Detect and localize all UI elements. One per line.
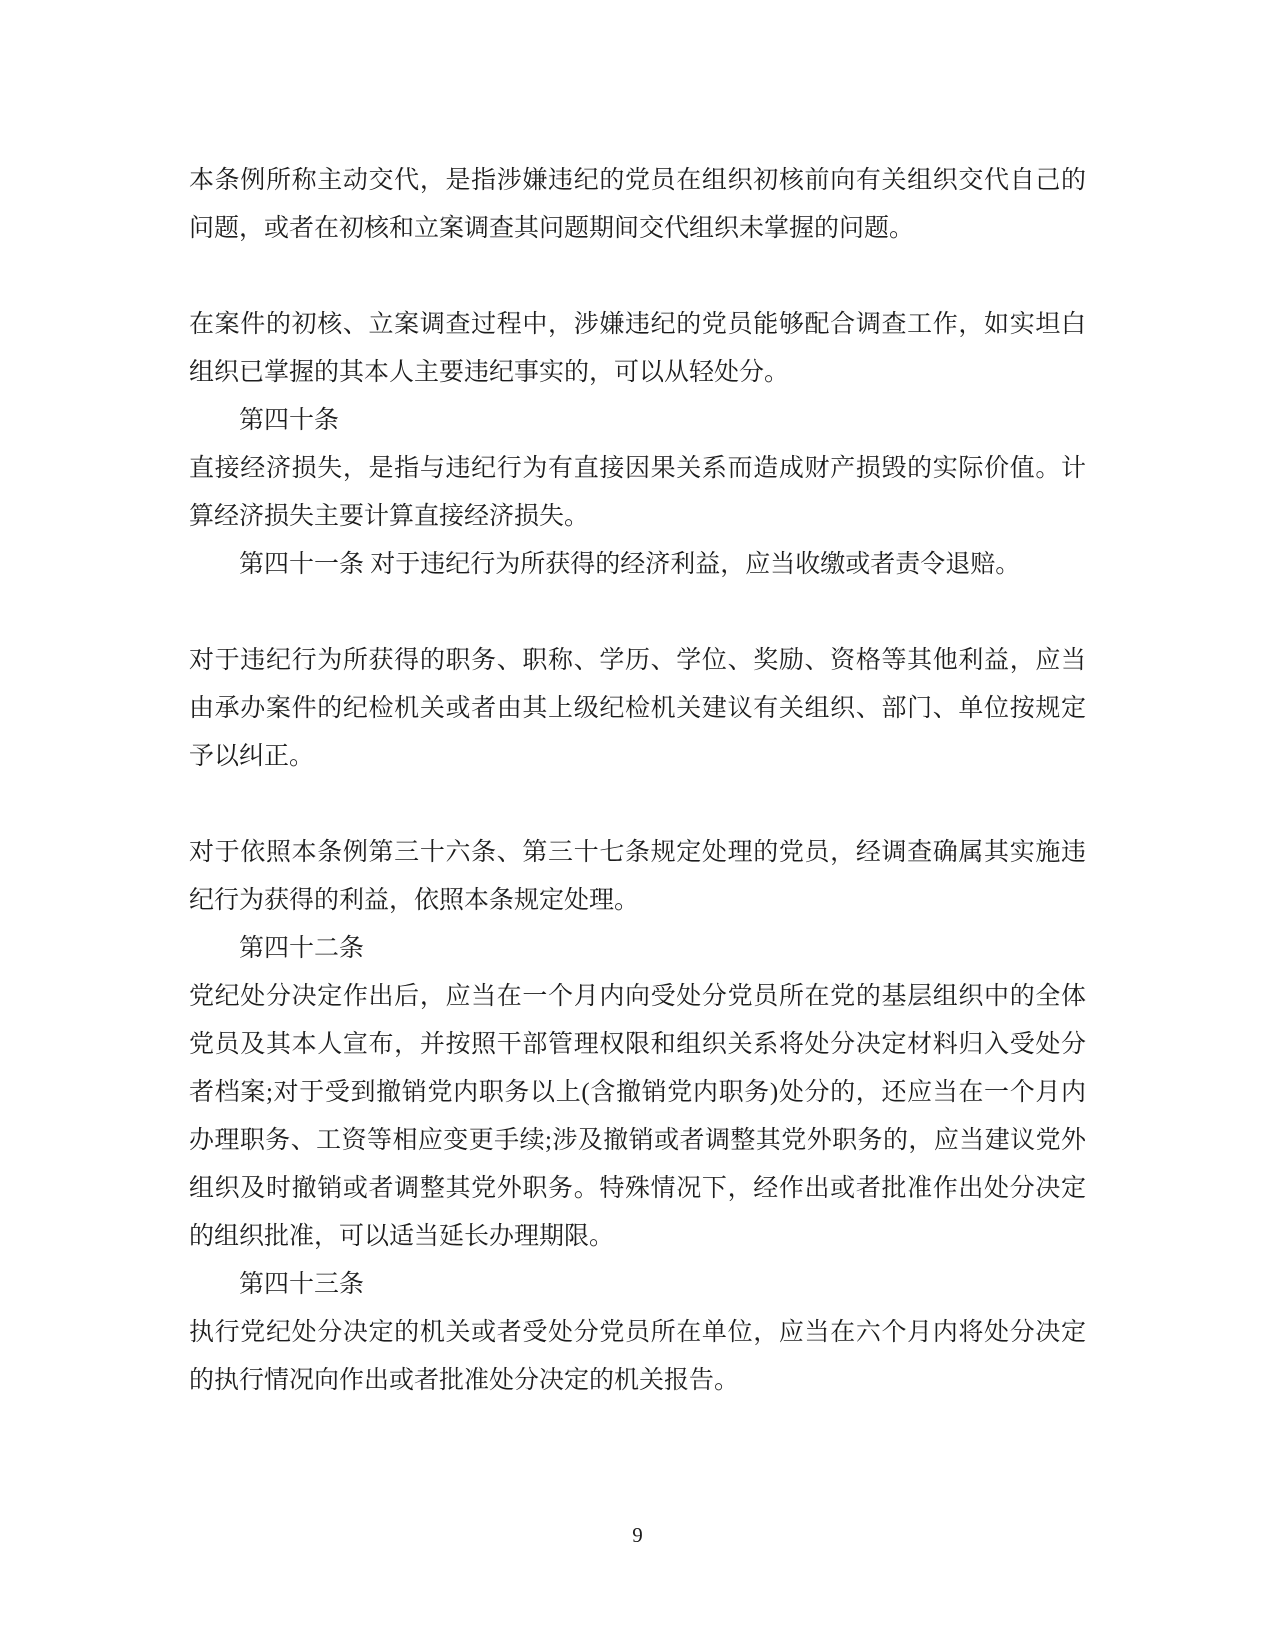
- paragraph-articles-36-37-handling: 对于依照本条例第三十六条、第三十七条规定处理的党员，经调查确属其实施违纪行为获得…: [189, 829, 1086, 925]
- heading-article-42: 第四十二条: [189, 925, 1086, 973]
- paragraph-execution-report: 执行党纪处分决定的机关或者受处分党员所在单位，应当在六个月内将处分决定的执行情况…: [189, 1309, 1086, 1405]
- document-body: 本条例所称主动交代，是指涉嫌违纪的党员在组织初核前向有关组织交代自己的问题，或者…: [189, 157, 1086, 1405]
- heading-article-43: 第四十三条: [189, 1261, 1086, 1309]
- paragraph-direct-economic-loss: 直接经济损失，是指与违纪行为有直接因果关系而造成财产损毁的实际价值。计算经济损失…: [189, 445, 1086, 541]
- paragraph-decision-announcement-procedure: 党纪处分决定作出后，应当在一个月内向受处分党员所在党的基层组织中的全体党员及其本…: [189, 973, 1086, 1261]
- blank-line: [189, 253, 1086, 301]
- blank-line: [189, 781, 1086, 829]
- paragraph-cooperation-leniency: 在案件的初核、立案调查过程中，涉嫌违纪的党员能够配合调查工作，如实坦白组织已掌握…: [189, 301, 1086, 397]
- page-number: 9: [0, 1522, 1275, 1548]
- heading-article-41: 第四十一条 对于违纪行为所获得的经济利益，应当收缴或者责令退赔。: [189, 541, 1086, 589]
- document-page: 本条例所称主动交代，是指涉嫌违纪的党员在组织初核前向有关组织交代自己的问题，或者…: [0, 0, 1275, 1651]
- paragraph-self-confession-definition: 本条例所称主动交代，是指涉嫌违纪的党员在组织初核前向有关组织交代自己的问题，或者…: [189, 157, 1086, 253]
- paragraph-other-gains-correction: 对于违纪行为所获得的职务、职称、学历、学位、奖励、资格等其他利益，应当由承办案件…: [189, 637, 1086, 781]
- blank-line: [189, 589, 1086, 637]
- heading-article-40: 第四十条: [189, 397, 1086, 445]
